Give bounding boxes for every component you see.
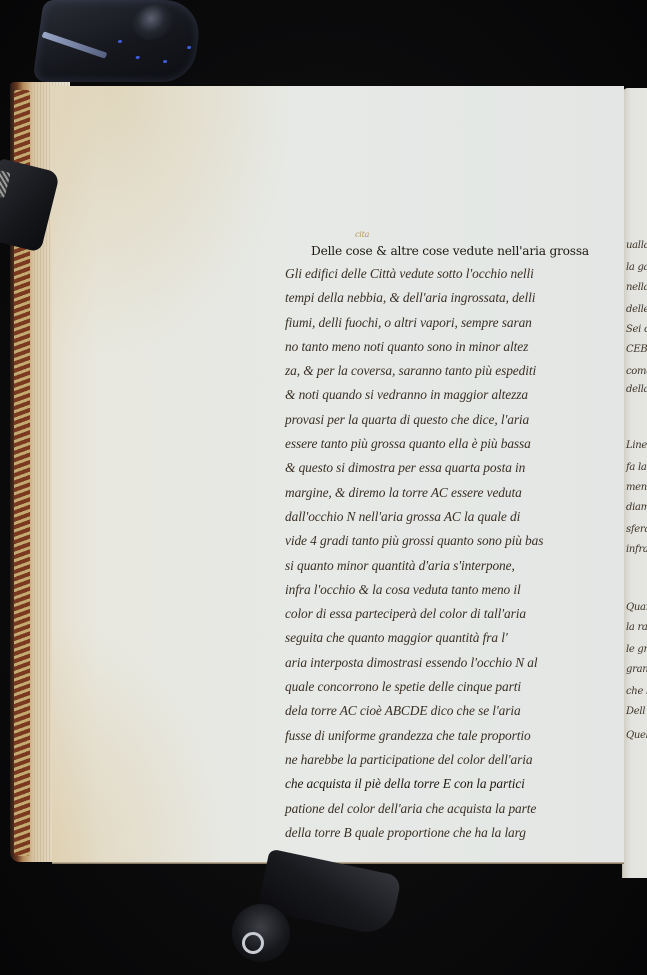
manuscript-line: Gli edifici delle Città vedute sotto l'o… (285, 262, 625, 286)
manuscript-line: & noti quando si vedranno in maggior alt… (285, 383, 625, 407)
manuscript-line: tempi della nebbia, & dell'aria ingrossa… (285, 286, 625, 310)
adjacent-page-text-fragment: Sei ca (626, 324, 647, 335)
manuscript-line: aria interposta dimostrasi essendo l'occ… (285, 651, 625, 675)
manuscript-line: infra l'occhio & la cosa veduta tanto me… (285, 578, 625, 602)
manuscript-line: color di essa parteciperà del color di t… (285, 602, 625, 626)
adjacent-page-text-fragment: Quella (626, 730, 647, 741)
adjacent-page-text-fragment: ualla (626, 240, 647, 251)
manuscript-text-block: cita Delle cose & altre cose vedute nell… (285, 240, 625, 845)
adjacent-page-text-fragment: della g (626, 384, 647, 395)
bottom-book-clip (232, 862, 402, 972)
clip-chain (0, 169, 11, 199)
manuscript-line: vide 4 gradi tanto più grossi quanto son… (285, 529, 625, 553)
adjacent-page-text-fragment: delle s (626, 304, 647, 315)
clip-highlight (118, 40, 122, 43)
adjacent-page-text-fragment: grane (626, 664, 647, 675)
manuscript-line: si quanto minor quantità d'aria s'interp… (285, 554, 625, 578)
clip-highlight (135, 56, 139, 59)
adjacent-page: uallala ganelladelle sSei caCEBcometadel… (622, 88, 647, 878)
adjacent-page-text-fragment: cometa (626, 366, 647, 377)
manuscript-line: no tanto meno noti quanto sono in minor … (285, 335, 625, 359)
clip-ring (242, 932, 264, 954)
manuscript-line: dall'occhio N nell'aria grossa AC la qua… (285, 505, 625, 529)
manuscript-line: quale concorrono le spetie delle cinque … (285, 675, 625, 699)
manuscript-line: essere tanto più grossa quanto ella è pi… (285, 432, 625, 456)
section-heading: cita Delle cose & altre cose vedute nell… (311, 240, 625, 262)
adjacent-page-text-fragment: Linea (626, 440, 647, 451)
adjacent-page-text-fragment: diam (626, 502, 647, 513)
manuscript-line: che acquista il piè della torre E con la… (285, 772, 625, 796)
clip-highlight (163, 60, 167, 63)
adjacent-page-text-fragment: la ga (626, 262, 647, 273)
handwritten-lines: Gli edifici delle Città vedute sotto l'o… (285, 262, 625, 845)
clip-knob (130, 4, 175, 40)
manuscript-line: ne harebbe la participatione del color d… (285, 748, 625, 772)
heading-text: Delle cose & altre cose vedute nell'aria… (311, 244, 589, 258)
manuscript-line: & questo si dimostra per essa quarta pos… (285, 456, 625, 480)
manuscript-line: fiumi, delli fuochi, o altri vapori, sem… (285, 311, 625, 335)
clip-edge (41, 31, 107, 58)
adjacent-page-text-fragment: sfera (626, 524, 647, 535)
manuscript-line: seguita che quanto maggior quantità fra … (285, 626, 625, 650)
interlinear-insert: cita (355, 230, 369, 240)
clip-highlight (187, 46, 191, 49)
manuscript-line: patione del color dell'aria che acquista… (285, 797, 625, 821)
adjacent-page-text-fragment: le gra (626, 644, 647, 655)
clip-knob (232, 904, 290, 962)
manuscript-line: della torre B quale proportione che ha l… (285, 821, 625, 845)
manuscript-line: za, & per la coversa, saranno tanto più … (285, 359, 625, 383)
adjacent-page-text-fragment: infra (626, 544, 647, 555)
adjacent-page-text-fragment: che la (626, 686, 647, 697)
manuscript-line: provasi per la quarta di questo che dice… (285, 408, 625, 432)
manuscript-line: margine, & diremo la torre AC essere ved… (285, 481, 625, 505)
manuscript-line: dela torre AC cioè ABCDE dico che se l'a… (285, 699, 625, 723)
adjacent-page-text-fragment: CEB (626, 344, 647, 355)
adjacent-page-text-fragment: Quant (626, 602, 647, 613)
adjacent-page-text-fragment: Dell (626, 706, 645, 717)
adjacent-page-text-fragment: la ran (626, 622, 647, 633)
manuscript-line: fusse di uniforme grandezza che tale pro… (285, 724, 625, 748)
adjacent-page-text-fragment: mena l (626, 482, 647, 493)
top-book-clip (32, 0, 204, 82)
adjacent-page-text-fragment: nella (626, 282, 647, 293)
adjacent-page-text-fragment: fa la (626, 462, 647, 473)
